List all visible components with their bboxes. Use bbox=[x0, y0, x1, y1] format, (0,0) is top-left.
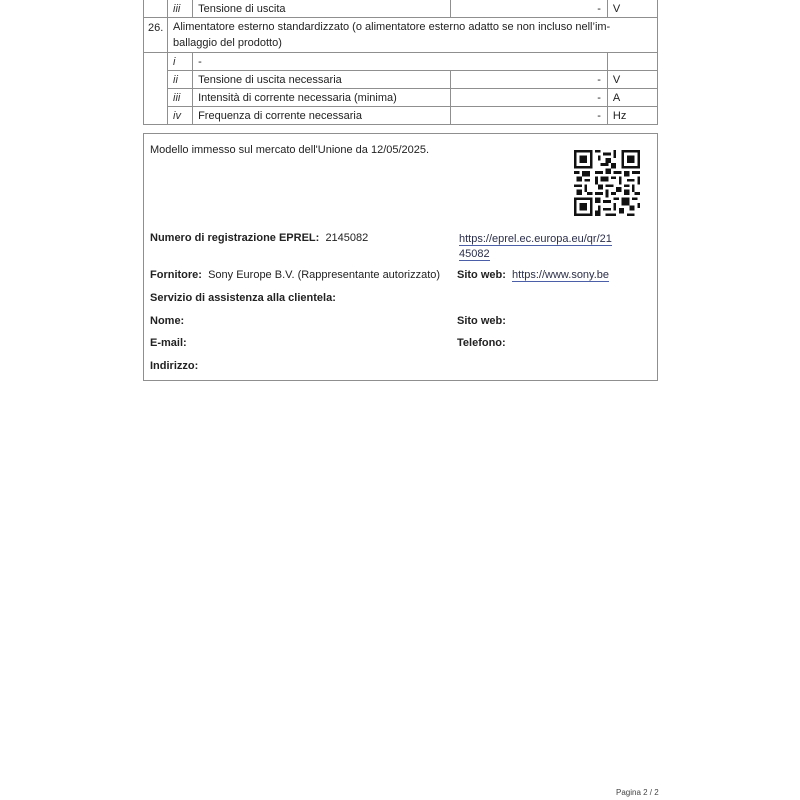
supplier-value: Sony Europe B.V. (Rappresentante autoriz… bbox=[208, 269, 440, 281]
website-label: Sito web: bbox=[457, 269, 506, 281]
market-date-text: Modello immesso sul mercato dell'Unione … bbox=[150, 144, 429, 156]
address-label: Indirizzo: bbox=[150, 360, 198, 372]
row-number bbox=[144, 107, 168, 125]
table-row-heading: 26. Alimentatore esterno standardizzato … bbox=[144, 18, 658, 53]
row-roman: iv bbox=[168, 107, 193, 125]
row-number bbox=[144, 0, 168, 18]
email-label: E-mail: bbox=[150, 337, 187, 349]
row-value: - bbox=[450, 89, 607, 107]
row-desc: - bbox=[193, 53, 608, 71]
eprel-link-line1[interactable]: https://eprel.ec.europa.eu/qr/21 bbox=[459, 233, 612, 246]
section-heading: Alimentatore esterno standardizzato (o a… bbox=[168, 18, 658, 53]
qr-code-icon[interactable] bbox=[574, 150, 640, 216]
row-value: - bbox=[450, 71, 607, 89]
eprel-registration: Numero di registrazione EPREL: 2145082 bbox=[150, 232, 368, 244]
name-label: Nome: bbox=[150, 315, 184, 327]
row-desc: Intensità di corrente necessaria (minima… bbox=[193, 89, 451, 107]
product-info-box: Modello immesso sul mercato dell'Unione … bbox=[143, 133, 658, 381]
service-website-label: Sito web: bbox=[457, 315, 506, 327]
row-number bbox=[144, 53, 168, 71]
phone-label: Telefono: bbox=[457, 337, 506, 349]
row-roman: iii bbox=[168, 89, 193, 107]
row-unit: A bbox=[607, 89, 657, 107]
supplier: Fornitore: Sony Europe B.V. (Rappresenta… bbox=[150, 269, 440, 281]
eprel-label: Numero di registrazione EPREL: bbox=[150, 232, 319, 244]
eprel-link-line2[interactable]: 45082 bbox=[459, 248, 490, 261]
eprel-link[interactable]: https://eprel.ec.europa.eu/qr/21 45082 bbox=[459, 232, 612, 262]
table-row: iii Intensità di corrente necessaria (mi… bbox=[144, 89, 658, 107]
table-row: ii Tensione di uscita necessaria - V bbox=[144, 71, 658, 89]
spec-table: iii Tensione di uscita - V 26. Alimentat… bbox=[143, 0, 658, 125]
supplier-website: Sito web: https://www.sony.be bbox=[457, 269, 609, 281]
page-number: Pagina 2 / 2 bbox=[616, 788, 659, 797]
table-row: i - bbox=[144, 53, 658, 71]
row-unit bbox=[607, 53, 657, 71]
row-value: - bbox=[450, 107, 607, 125]
eprel-number: 2145082 bbox=[325, 232, 368, 244]
row-roman: i bbox=[168, 53, 193, 71]
row-desc: Tensione di uscita bbox=[193, 0, 451, 18]
supplier-label: Fornitore: bbox=[150, 269, 202, 281]
row-roman: ii bbox=[168, 71, 193, 89]
table-row: iii Tensione di uscita - V bbox=[144, 0, 658, 18]
table-row: iv Frequenza di corrente necessaria - Hz bbox=[144, 107, 658, 125]
row-number bbox=[144, 71, 168, 89]
row-value: - bbox=[450, 0, 607, 18]
customer-service-heading: Servizio di assistenza alla clientela: bbox=[150, 292, 336, 304]
row-desc: Tensione di uscita necessaria bbox=[193, 71, 451, 89]
section-number: 26. bbox=[144, 18, 168, 53]
website-link[interactable]: https://www.sony.be bbox=[512, 269, 609, 282]
row-desc: Frequenza di corrente necessaria bbox=[193, 107, 451, 125]
row-unit: Hz bbox=[607, 107, 657, 125]
row-unit: V bbox=[607, 71, 657, 89]
row-number bbox=[144, 89, 168, 107]
row-roman: iii bbox=[168, 0, 193, 18]
row-unit: V bbox=[607, 0, 657, 18]
